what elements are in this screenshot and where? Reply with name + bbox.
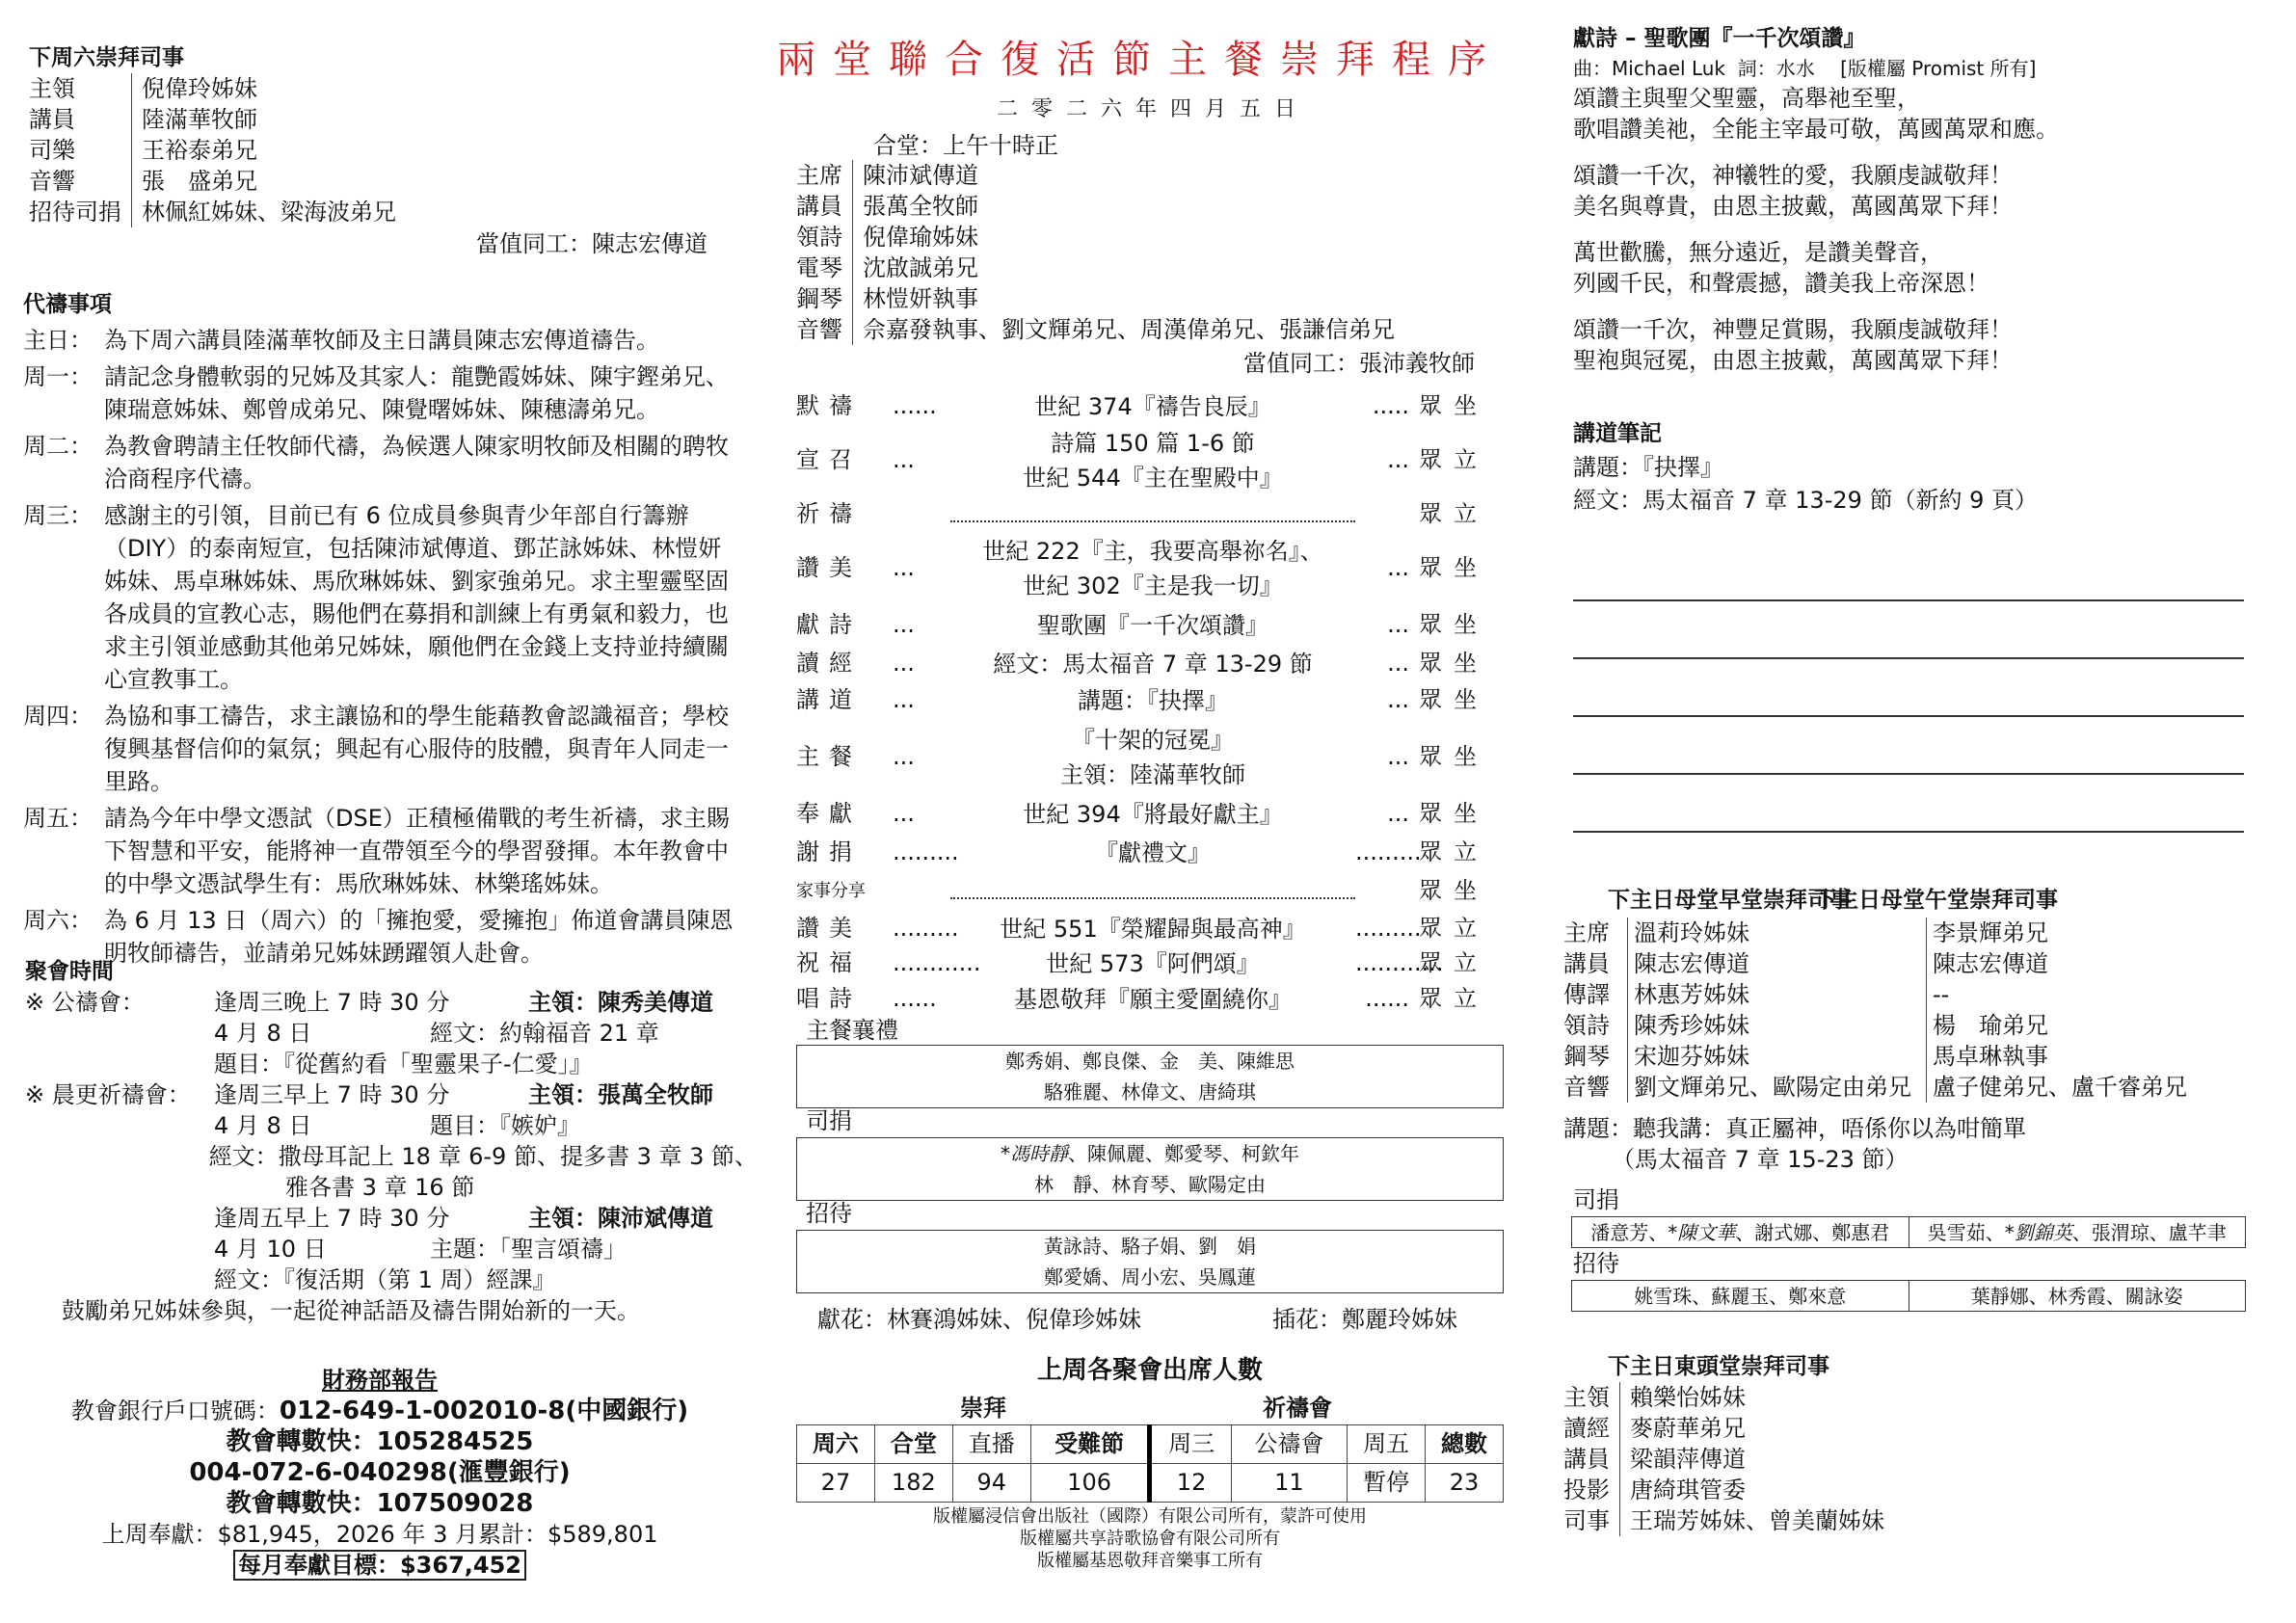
leader-dots: ... [1355, 610, 1419, 640]
finance-heading: 財務部報告 [322, 1367, 438, 1394]
morning-name: 林惠芳姊妹 [1627, 979, 1926, 1010]
morning-prayer-fri-theme: 主題：「聖言頌禱」 [430, 1234, 627, 1264]
morning-prayer-fri-scripture: 經文：『復活期（第 1 周）經課』 [214, 1264, 556, 1295]
helpers-line: 鄭愛嬌、周小宏、吳鳳蓮 [797, 1262, 1503, 1292]
noon-name: 陳志宏傳道 [1926, 948, 2254, 979]
order-item-name: 默禱 [796, 391, 893, 421]
order-item: 講道... 講題：『抉擇』 ...眾坐 [796, 682, 1500, 719]
order-item-name: 謝捐 [796, 838, 893, 867]
program-roster: 主席陳沛斌傳道 講員張萬全牧師 領詩倪偉瑜姊妹 電琴沈啟誠弟兄 鋼琴林愷妍執事 … [796, 160, 1395, 345]
attendance-value: 27 [797, 1464, 875, 1503]
note-line[interactable] [1573, 599, 2244, 601]
prayer-heading: 代禱事項 [23, 291, 112, 320]
order-item-posture: 眾坐 [1419, 876, 1500, 906]
attendance-value: 182 [874, 1464, 952, 1503]
role-label: 鋼琴 [1563, 1041, 1627, 1072]
prayer-day: 周五： [23, 802, 104, 900]
attendance-group-prayer: 祈禱會 [1263, 1394, 1332, 1423]
order-item-posture: 眾坐 [1419, 391, 1500, 421]
communion-helpers-box: 鄭秀娟、鄭良傑、金 美、陳維思 駱雅麗、林偉文、唐綺琪 [796, 1045, 1504, 1108]
lyric-line: 頌讚一千次，神豐足賞賜，我願虔誠敬拜！ [1573, 314, 2059, 345]
helpers-line: 鄭秀娟、鄭良傑、金 美、陳維思 [797, 1046, 1503, 1077]
order-item-posture: 眾坐 [1419, 610, 1500, 640]
role-label: 司樂 [29, 135, 132, 166]
saturday-staff-on-duty: 當值同工：陳志宏傳道 [476, 229, 707, 259]
meetings-encourage: 鼓勵弟兄姊妹參與，一起從神話語及禱告開始新的一天。 [62, 1295, 640, 1326]
leader-dots: ......... [893, 838, 950, 867]
order-item: 讀經... 經文：馬太福音 7 章 13-29 節 ...眾坐 [796, 646, 1500, 682]
order-item-content: 主領：陸滿華牧師 [950, 758, 1355, 792]
morning-prayer-fri-date: 4 月 10 日 [214, 1234, 430, 1264]
saturday-duty-roster: 主領倪偉玲姊妹 講員陸滿華牧師 司樂王裕泰弟兄 音響張 盛弟兄 招待司捐林佩紅姊… [29, 73, 396, 227]
leader-dots: ......... [1355, 838, 1419, 867]
role-name: 王瑞芳姊妹、曾美蘭姊妹 [1620, 1505, 1884, 1536]
order-item: 讚美... 世紀 222『主，我要高舉祢名』、世紀 302『主是我一切』 ...… [796, 534, 1500, 603]
noon-name: 盧子健弟兄、盧千睿弟兄 [1926, 1072, 2254, 1103]
next-usher-label: 招待 [1573, 1249, 1619, 1279]
role-name: 賴樂怡姊妹 [1620, 1382, 1884, 1413]
attendance-col: 總數 [1426, 1425, 1504, 1464]
role-label: 領詩 [1563, 1010, 1627, 1041]
order-item-content: 世紀 544『主在聖殿中』 [950, 461, 1355, 495]
order-item-posture: 眾立 [1419, 984, 1500, 1014]
attendance-value-row: 27 182 94 106 12 11 暫停 23 [797, 1464, 1504, 1503]
order-item: 宣召... 詩篇 150 篇 1-6 節世紀 544『主在聖殿中』 ...眾立 [796, 426, 1500, 495]
role-name: 林佩紅姊妹、梁海波弟兄 [132, 197, 396, 227]
order-item-content: 經文：馬太福音 7 章 13-29 節 [950, 647, 1355, 681]
role-label: 傳譯 [1563, 979, 1627, 1010]
fps-id-2: 教會轉數快：107509028 [23, 1488, 736, 1519]
leader-dots: ... [1355, 685, 1419, 715]
prayer-meeting-label: ※ 公禱會： [25, 987, 214, 1018]
order-item: 祝福............ 世紀 573『阿們頌』 ............眾… [796, 946, 1500, 981]
role-name: 王裕泰弟兄 [132, 135, 396, 166]
morning-name: 溫莉玲姊妹 [1627, 918, 1926, 948]
order-item-content: 世紀 222『主，我要高舉祢名』、 [950, 534, 1355, 569]
name-part: 潘意芳、 [1590, 1221, 1668, 1244]
account-number-boc: 012-649-1-002010-8(中國銀行) [280, 1397, 688, 1425]
role-label: 讀經 [1563, 1413, 1620, 1444]
order-item-name: 祈禱 [796, 499, 893, 529]
attendance-value: 暫停 [1348, 1464, 1426, 1503]
lyric-line: 美名與尊貴，由恩主披戴，萬國萬眾下拜！ [1573, 191, 2059, 222]
lyric-line: 頌讚一千次，神犧牲的愛，我願虔誠敬拜！ [1573, 160, 2059, 191]
next-usher-noon: 葉靜娜、林秀霞、關詠姿 [1909, 1281, 2246, 1312]
attendance-col: 直播 [952, 1425, 1030, 1464]
order-item: 謝捐......... 『獻禮文』 .........眾立 [796, 835, 1500, 871]
role-label: 講員 [1563, 1444, 1620, 1475]
morning-name: 陳志宏傳道 [1627, 948, 1926, 979]
noon-name: -- [1926, 979, 2254, 1010]
order-item: 獻詩... 聖歌團『一千次頌讚』 ...眾坐 [796, 607, 1500, 644]
order-item-posture: 眾坐 [1419, 799, 1500, 829]
helpers-line: 駱雅麗、林偉文、唐綺琪 [797, 1077, 1503, 1107]
ushers-label: 招待 [806, 1199, 852, 1229]
dotted-leader [950, 890, 1355, 899]
copyright-line: 版權屬基恩敬拜音樂事工所有 [796, 1550, 1504, 1572]
note-line[interactable] [1573, 657, 2244, 659]
order-item-name: 讚美 [796, 914, 893, 944]
account-number-hsbc: 004-072-6-040298(滙豐銀行) [23, 1457, 736, 1488]
leader-dots: ... [1355, 553, 1419, 583]
role-label: 講員 [29, 104, 132, 135]
order-item-content: 講題：『抉擇』 [950, 683, 1355, 718]
leader-dots: ...... [1355, 984, 1419, 1014]
name-part: 、張渭琼、盧芊聿 [2072, 1221, 2227, 1244]
order-item: 家事分享 眾坐 [796, 873, 1500, 910]
leader-dots: ............ [893, 948, 950, 978]
attendance-heading: 上周各聚會出席人數 [796, 1355, 1504, 1388]
prayer-text: 為教會聘請主任牧師代禱，為候選人陳家明牧師及相關的聘牧洽商程序代禱。 [104, 430, 736, 495]
role-name: 沈啟誠弟兄 [853, 253, 1395, 283]
lyric-line: 頌讚主與聖父聖靈，高舉祂至聖， [1573, 83, 2059, 114]
leader-dots: ......... [893, 914, 950, 944]
role-name: 陸滿華牧師 [132, 104, 396, 135]
order-item-posture: 眾坐 [1419, 685, 1500, 715]
next-sunday-topic: 講題：聽我講：真正屬神，唔係你以為咁簡單 [1563, 1114, 2026, 1144]
saturday-duty-heading: 下周六崇拜司事 [29, 44, 184, 73]
next-offering-label: 司捐 [1573, 1185, 1619, 1215]
role-label: 音響 [796, 314, 853, 345]
attendance-value: 106 [1030, 1464, 1150, 1503]
order-item-posture: 眾立 [1419, 838, 1500, 867]
name-lead: *劉錦英 [2005, 1221, 2072, 1244]
morning-prayer-wed-date: 4 月 8 日 [214, 1110, 430, 1141]
next-usher-morning: 姚雪珠、蘇麗玉、鄭來意 [1572, 1281, 1909, 1312]
morning-prayer-wed-scripture: 經文：撒母耳記上 18 章 6-9 節、提多書 3 章 3 節、 [209, 1141, 758, 1172]
morning-name: 陳秀珍姊妹 [1627, 1010, 1926, 1041]
attendance-col: 合堂 [874, 1425, 952, 1464]
order-item: 奉獻... 世紀 394『將最好獻主』 ...眾坐 [796, 796, 1500, 833]
helpers-line: 黃詠詩、駱子娟、劉 娟 [797, 1231, 1503, 1262]
offering-summary: 上周奉獻：$81,945，2026 年 3 月累計：$589,801 [23, 1519, 736, 1550]
order-item-name: 讚美 [796, 553, 893, 583]
offering-helpers-label: 司捐 [806, 1106, 852, 1136]
offering-helpers-box: *馮時靜、陳佩麗、鄭愛琴、柯欽年 林 靜、林育琴、歐陽定由 [796, 1137, 1504, 1201]
role-label: 主席 [796, 160, 853, 191]
role-label: 音響 [29, 166, 132, 197]
attendance-col: 周三 [1150, 1425, 1231, 1464]
dotted-leader [950, 513, 1355, 522]
order-item-name: 家事分享 [796, 880, 893, 902]
morning-prayer-fri-leader: 主領：陳沛斌傳道 [528, 1203, 713, 1234]
lyric-line: 聖袍與冠冕，由恩主披戴，萬國萬眾下拜！ [1573, 345, 2059, 376]
next-offering-noon: 吳雪茹、*劉錦英、張渭琼、盧芊聿 [1909, 1217, 2246, 1248]
role-label: 音響 [1563, 1072, 1627, 1103]
prayer-list: 主日：為下周六講員陸滿華牧師及主日講員陳志宏傳道禱告。 周一：請記念身體軟弱的兄… [23, 324, 736, 970]
sermon-topic: 講題：『抉擇』 [1573, 453, 1723, 483]
role-label: 投影 [1563, 1475, 1620, 1505]
attendance-col: 周五 [1348, 1425, 1426, 1464]
leader-dots: ... [893, 649, 950, 678]
note-line[interactable] [1573, 715, 2244, 717]
morning-name: 劉文輝弟兄、歐陽定由弟兄 [1627, 1072, 1926, 1103]
fps-id-1: 教會轉數快：105284525 [23, 1426, 736, 1457]
copyright-line: 版權屬共享詩歌協會有限公司所有 [796, 1528, 1504, 1550]
role-name: 佘嘉發執事、劉文輝弟兄、周漢偉弟兄、張謙信弟兄 [853, 314, 1395, 345]
leader-dots: ... [893, 445, 950, 475]
prayer-text: 為協和事工禱告，求主讓協和的學生能藉教會認識福音；學校復興基督信仰的氣氛；興起有… [104, 700, 736, 798]
prayer-day: 主日： [23, 324, 104, 357]
role-label: 主領 [1563, 1382, 1620, 1413]
role-name: 倪偉玲姊妹 [132, 73, 396, 104]
service-date: 二零二六年四月五日 [997, 96, 1309, 124]
next-sunday-roster: 主席溫莉玲姊妹李景輝弟兄 講員陳志宏傳道陳志宏傳道 傳譯林惠芳姊妹-- 領詩陳秀… [1563, 918, 2254, 1103]
attendance-value: 94 [952, 1464, 1030, 1503]
leader-dots: ... [893, 742, 950, 772]
attendance-col: 受難節 [1030, 1425, 1150, 1464]
order-item-content: 世紀 394『將最好獻主』 [950, 797, 1355, 832]
role-name: 林愷妍執事 [853, 283, 1395, 314]
east-church-heading: 下主日東頭堂崇拜司事 [1608, 1353, 1829, 1382]
leader-dots: ...... [893, 984, 950, 1014]
leader-dots: ......... [1355, 914, 1419, 944]
noon-name: 李景輝弟兄 [1926, 918, 2254, 948]
order-item-name: 講道 [796, 685, 893, 715]
prayer-meeting-time: 逢周三晚上 7 時 30 分 [214, 987, 528, 1018]
order-item-posture: 眾立 [1419, 914, 1500, 944]
next-offering-table: 潘意芳、*陳文華、謝式娜、鄭惠君 吳雪茹、*劉錦英、張渭琼、盧芊聿 [1571, 1216, 2246, 1248]
order-item-posture: 眾立 [1419, 445, 1500, 475]
order-item: 默禱...... 世紀 374『禱告良辰』 .....眾坐 [796, 389, 1500, 424]
role-label: 主領 [29, 73, 132, 104]
copyright-line: 版權屬浸信會出版社（國際）有限公司所有，蒙許可使用 [796, 1505, 1504, 1528]
prayer-meeting-leader: 主領：陳秀美傳道 [528, 987, 713, 1018]
meetings-block: ※ 公禱會：逢周三晚上 7 時 30 分主領：陳秀美傳道 4 月 8 日經文：約… [25, 987, 758, 1326]
order-item-content: 世紀 374『禱告良辰』 [950, 389, 1355, 424]
prayer-meeting-topic: 題目：『從舊約看「聖靈果子-仁愛」』 [214, 1049, 593, 1079]
order-item-name: 祝福 [796, 948, 893, 978]
role-label: 領詩 [796, 222, 853, 253]
attendance-col: 公禱會 [1231, 1425, 1348, 1464]
order-item-content: 世紀 573『阿們頌』 [950, 946, 1355, 981]
role-name: 張 盛弟兄 [132, 166, 396, 197]
morning-prayer-wed-scripture-cont: 雅各書 3 章 16 節 [285, 1172, 474, 1203]
order-item-posture: 眾立 [1419, 499, 1500, 529]
leader-dots: ............ [1355, 948, 1419, 978]
attendance-group-worship: 崇拜 [960, 1394, 1006, 1423]
order-item-content: 『十架的冠冕』 [950, 723, 1355, 758]
order-item-posture: 眾坐 [1419, 649, 1500, 678]
attendance-value: 23 [1426, 1464, 1504, 1503]
prayer-meeting-date: 4 月 8 日 [214, 1018, 430, 1049]
helpers-line: 林 靜、林育琴、歐陽定由 [797, 1169, 1503, 1200]
sermon-scripture: 經文：馬太福音 7 章 13-29 節（新約 9 頁） [1573, 486, 2038, 516]
leader-dots: ..... [1355, 391, 1419, 421]
prayer-day: 周四： [23, 700, 104, 798]
attendance-value: 11 [1231, 1464, 1348, 1503]
leader-dots: ... [893, 610, 950, 640]
prayer-text: 請為今年中學文憑試（DSE）正積極備戰的考生祈禱，求主賜下智慧和平安，能將神一直… [104, 802, 736, 900]
account-label: 教會銀行戶口號碼： [71, 1397, 280, 1424]
order-item-content: 世紀 551『榮耀歸與最高神』 [950, 912, 1355, 946]
role-label: 司事 [1563, 1505, 1620, 1536]
lyric-line: 歌唱讚美祂，全能主宰最可敬，萬國萬眾和應。 [1573, 114, 2059, 145]
order-item: 唱詩...... 基恩敬拜『願主愛圍繞你』 ......眾立 [796, 981, 1500, 1018]
order-item-name: 宣召 [796, 445, 893, 475]
attendance-table: 周六 合堂 直播 受難節 周三 公禱會 周五 總數 27 182 94 106 … [796, 1424, 1504, 1503]
noon-name: 楊 瑜弟兄 [1926, 1010, 2254, 1041]
order-item-posture: 眾立 [1419, 948, 1500, 978]
order-item-posture: 眾坐 [1419, 742, 1500, 772]
lyric-line: 萬世歡騰，無分遠近，是讚美聲音， [1573, 237, 2059, 268]
morning-prayer-wed-leader: 主領：張萬全牧師 [528, 1079, 713, 1110]
sermon-notes-heading: 講道筆記 [1573, 420, 1662, 449]
meetings-heading: 聚會時間 [25, 958, 114, 987]
order-item-name: 讀經 [796, 649, 893, 678]
page-title: 兩堂聯合復活節主餐崇拜程序 [777, 35, 1504, 85]
role-label: 主席 [1563, 918, 1627, 948]
order-item-content: 聖歌團『一千次頌讚』 [950, 608, 1355, 643]
name-lead: *陳文華 [1668, 1221, 1735, 1244]
role-label: 招待司捐 [29, 197, 132, 227]
order-item-posture: 眾坐 [1419, 553, 1500, 583]
leader-dots: ... [1355, 742, 1419, 772]
noon-name: 馬卓琳執事 [1926, 1041, 2254, 1072]
role-name: 陳沛斌傳道 [853, 160, 1395, 191]
role-label: 講員 [796, 191, 853, 222]
morning-prayer-wed-topic: 題目：『嫉妒』 [430, 1110, 580, 1141]
prayer-day: 周二： [23, 430, 104, 495]
role-name: 倪偉瑜姊妹 [853, 222, 1395, 253]
name-part: 、謝式娜、鄭惠君 [1735, 1221, 1889, 1244]
next-offering-morning: 潘意芳、*陳文華、謝式娜、鄭惠君 [1572, 1217, 1909, 1248]
order-item-content: 『獻禮文』 [950, 836, 1355, 870]
order-item-content: 世紀 302『主是我一切』 [950, 569, 1355, 603]
communion-helpers-label: 主餐襄禮 [806, 1016, 898, 1046]
prayer-text: 為 6 月 13 日（周六）的「擁抱愛，愛擁抱」佈道會講員陳恩明牧師禱告，並請弟… [104, 904, 736, 970]
anthem-lyrics: 頌讚主與聖父聖靈，高舉祂至聖， 歌唱讚美祂，全能主宰最可敬，萬國萬眾和應。 頌讚… [1573, 83, 2059, 376]
attendance-value: 12 [1150, 1464, 1231, 1503]
anthem-credits: 曲：Michael Luk 詞：水水 [版權屬 Promist 所有] [1573, 56, 2036, 81]
helpers-line: 、陳佩麗、鄭愛琴、柯欽年 [1068, 1142, 1299, 1165]
east-church-roster: 主領賴樂怡姊妹 讀經麥蔚華弟兄 講員梁韻萍傳道 投影唐綺琪管委 司事王瑞芳姊妹、… [1563, 1382, 1884, 1536]
note-line[interactable] [1573, 831, 2244, 833]
role-label: 電琴 [796, 253, 853, 283]
leader-dots: ... [1355, 445, 1419, 475]
program-staff-on-duty: 當值同工：張沛義牧師 [1243, 349, 1475, 379]
order-item-content: 詩篇 150 篇 1-6 節 [950, 426, 1355, 461]
next-sunday-topic-scripture: （馬太福音 7 章 15-23 節） [1612, 1145, 1909, 1175]
prayer-day: 周一： [23, 360, 104, 426]
role-name: 張萬全牧師 [853, 191, 1395, 222]
leader-dots: ... [1355, 799, 1419, 829]
order-item-content: 基恩敬拜『願主愛圍繞你』 [950, 982, 1355, 1017]
role-name: 唐綺琪管委 [1620, 1475, 1884, 1505]
role-label: 講員 [1563, 948, 1627, 979]
leader-dots: ...... [893, 391, 950, 421]
prayer-day: 周三： [23, 499, 104, 696]
order-item-name: 奉獻 [796, 799, 893, 829]
monthly-target: 每月奉獻目標：$367,452 [233, 1550, 526, 1581]
copyright-notices: 版權屬浸信會出版社（國際）有限公司所有，蒙許可使用 版權屬共享詩歌協會有限公司所… [796, 1505, 1504, 1572]
ushers-box: 黃詠詩、駱子娟、劉 娟 鄭愛嬌、周小宏、吳鳳蓮 [796, 1230, 1504, 1293]
flowers-donated: 獻花：林賽鴻姊妹、倪偉珍姊妹 [817, 1305, 1141, 1335]
leader-dots: ... [1355, 649, 1419, 678]
name-part: 吳雪茹、 [1928, 1221, 2005, 1244]
next-usher-table: 姚雪珠、蘇麗玉、鄭來意 葉靜娜、林秀霞、關詠姿 [1571, 1280, 2246, 1312]
finance-report: 財務部報告 教會銀行戶口號碼：012-649-1-002010-8(中國銀行) … [23, 1365, 736, 1581]
leader-dots: ... [893, 553, 950, 583]
morning-prayer-label: ※ 晨更祈禱會： [25, 1079, 214, 1110]
attendance-col: 周六 [797, 1425, 875, 1464]
order-item: 祈禱 眾立 [796, 495, 1500, 534]
order-item: 讚美......... 世紀 551『榮耀歸與最高神』 .........眾立 [796, 912, 1500, 946]
order-item-name: 唱詩 [796, 984, 893, 1014]
role-label: 鋼琴 [796, 283, 853, 314]
leader-dots: ... [893, 799, 950, 829]
morning-name: 宋迦芬姊妹 [1627, 1041, 1926, 1072]
role-name: 梁韻萍傳道 [1620, 1444, 1884, 1475]
role-name: 麥蔚華弟兄 [1620, 1413, 1884, 1444]
order-item-name: 主餐 [796, 742, 893, 772]
attendance-header-row: 周六 合堂 直播 受難節 周三 公禱會 周五 總數 [797, 1425, 1504, 1464]
anthem-heading: 獻詩 – 聖歌團『一千次頌讚』 [1573, 25, 1866, 54]
note-line[interactable] [1573, 773, 2244, 775]
service-time: 合堂：上午十時正 [873, 131, 1058, 161]
prayer-text: 為下周六講員陸滿華牧師及主日講員陳志宏傳道禱告。 [104, 324, 736, 357]
offering-lead: *馮時靜 [1001, 1142, 1068, 1165]
prayer-text: 感謝主的引領，目前已有 6 位成員參與青少年部自行籌辦（DIY）的泰南短宣，包括… [104, 499, 736, 696]
order-item-name: 獻詩 [796, 610, 893, 640]
next-sunday-noon-heading: 下主日母堂午堂崇拜司事 [1814, 887, 2058, 916]
flower-arrangement: 插花：鄭麗玲姊妹 [1272, 1305, 1457, 1335]
prayer-text: 請記念身體軟弱的兄姊及其家人：龍艷霞姊妹、陳宇鏗弟兄、陳瑞意姊妹、鄭曾成弟兄、陳… [104, 360, 736, 426]
leader-dots: ... [893, 685, 950, 715]
morning-prayer-wed-time: 逢周三早上 7 時 30 分 [214, 1079, 528, 1110]
lyric-line: 列國千民，和聲震撼，讚美我上帝深恩！ [1573, 268, 2059, 299]
morning-prayer-fri-time: 逢周五早上 7 時 30 分 [214, 1203, 528, 1234]
prayer-meeting-scripture: 經文：約翰福音 21 章 [430, 1018, 659, 1049]
order-item: 主餐... 『十架的冠冕』主領：陸滿華牧師 ...眾坐 [796, 721, 1500, 794]
